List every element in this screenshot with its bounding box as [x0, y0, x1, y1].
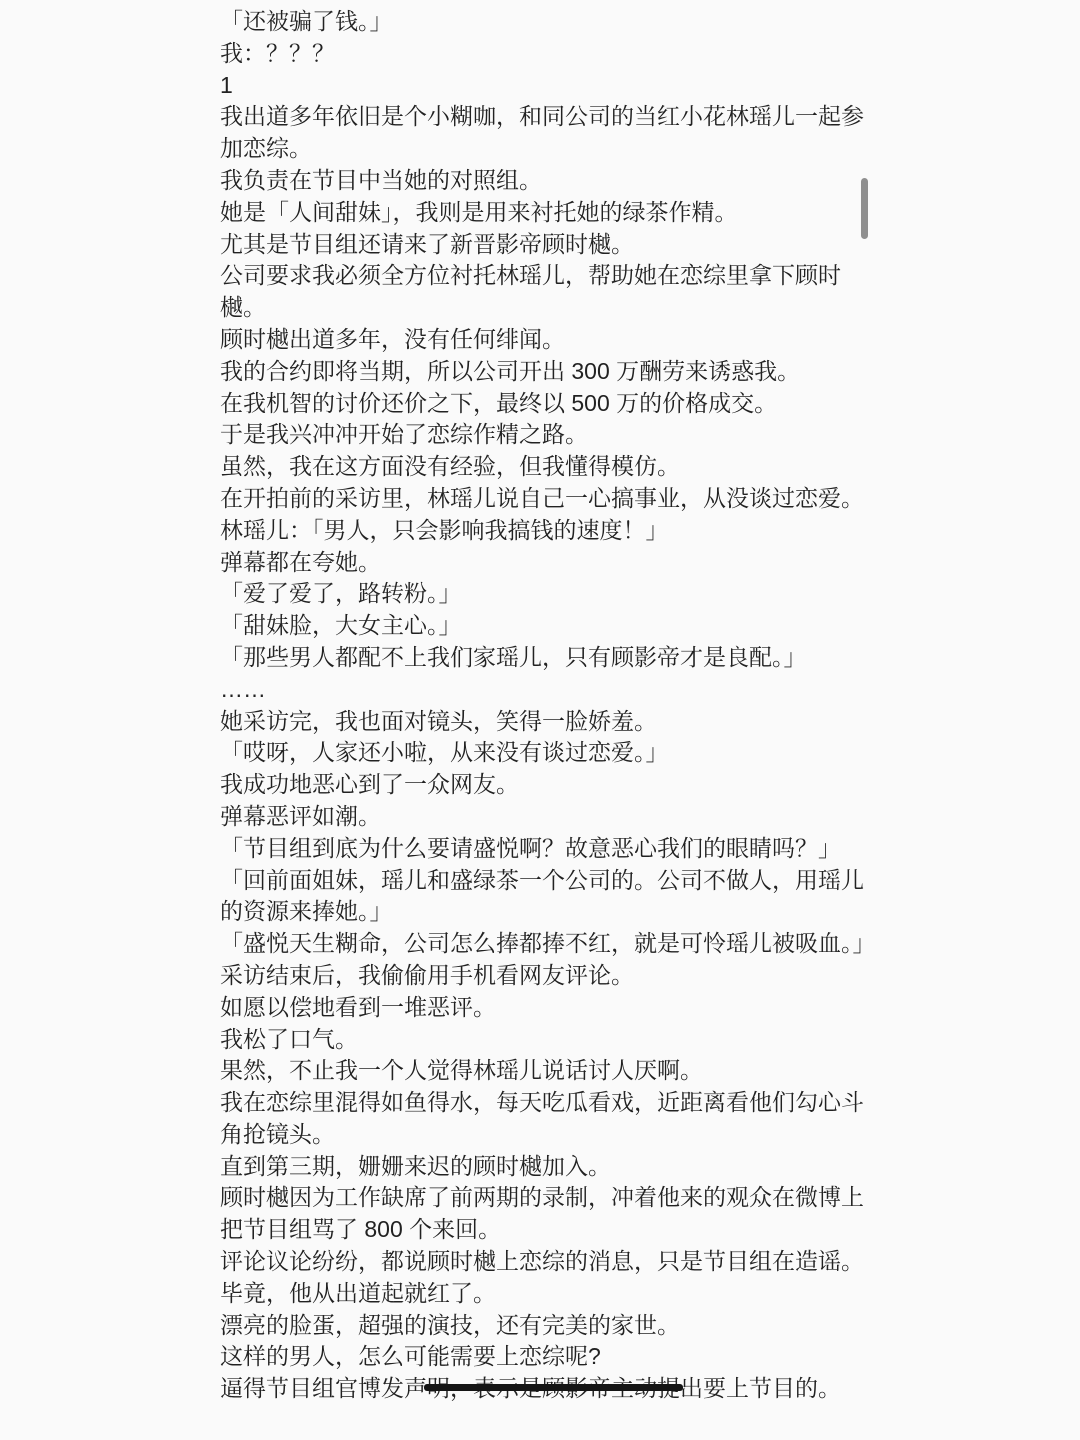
text-segment: 我的合约即将当期，所以公司开出 300 万酬劳来诱惑我。 — [220, 358, 800, 384]
paragraph: 「哎呀，人家还小啦，从来没有谈过恋爱。」 — [220, 737, 872, 769]
text-segment: 如愿以偿地看到一堆恶评。 — [220, 994, 496, 1020]
paragraph: 评论议论纷纷，都说顾时樾上恋综的消息，只是节目组在造谣。 — [220, 1246, 872, 1278]
text-segment: 逼得节目组官博发声 — [220, 1375, 427, 1401]
text-segment: 「甜妹脸，大女主心。」 — [220, 612, 462, 638]
text-segment: 「回前面姐妹，瑶儿和盛绿茶一个公司的。公司不做人，用瑶儿的资源来捧她。」 — [220, 867, 864, 925]
text-segment: 在我机智的讨价还价之下，最终以 500 万的价格成交。 — [220, 390, 777, 416]
text-segment: 果然，不止我一个人觉得林瑶儿说话讨人厌啊。 — [220, 1057, 703, 1083]
paragraph: 1 — [220, 70, 872, 102]
paragraph: 「还被骗了钱。」 — [220, 6, 872, 38]
paragraph: 直到第三期，姗姗来迟的顾时樾加入。 — [220, 1151, 872, 1183]
paragraph: 「那些男人都配不上我们家瑶儿，只有顾影帝才是良配。」 — [220, 642, 872, 674]
paragraph: 我：？？？ — [220, 38, 872, 70]
text-segment: 弹幕恶评如潮。 — [220, 803, 381, 829]
paragraph: 如愿以偿地看到一堆恶评。 — [220, 992, 872, 1024]
paragraph: …… — [220, 674, 872, 706]
reader-page: 「还被骗了钱。」我：？？？1我出道多年依旧是个小糊咖，和同公司的当红小花林瑶儿一… — [0, 0, 1080, 1440]
text-segment: 我出道多年依旧是个小糊咖，和同公司的当红小花林瑶儿一起参加恋综。 — [220, 103, 864, 161]
text-segment: 「盛悦天生糊命，公司怎么捧都捧不红，就是可怜瑶儿被吸血。」 — [220, 930, 876, 956]
paragraph: 漂亮的脸蛋，超强的演技，还有完美的家世。 — [220, 1310, 872, 1342]
paragraph: 我松了口气。 — [220, 1024, 872, 1056]
text-segment: 顾时樾因为工作缺席了前两期的录制，冲着他来的观众在微博上把节目组骂了 800 个… — [220, 1184, 864, 1242]
text-segment: 我成功地恶心到了一众网友。 — [220, 771, 519, 797]
scrollbar-thumb[interactable] — [861, 178, 868, 239]
text-segment: 我负责在节目中当她的对照组。 — [220, 167, 542, 193]
paragraph: 毕竟，他从出道起就红了。 — [220, 1278, 872, 1310]
text-segment: 「还被骗了钱。」 — [220, 8, 393, 34]
paragraph: 采访结束后，我偷偷用手机看网友评论。 — [220, 960, 872, 992]
paragraph: 我出道多年依旧是个小糊咖，和同公司的当红小花林瑶儿一起参加恋综。 — [220, 101, 872, 165]
text-segment: 在开拍前的采访里，林瑶儿说自己一心搞事业，从没谈过恋爱。 — [220, 485, 864, 511]
paragraph: 我在恋综里混得如鱼得水，每天吃瓜看戏，近距离看他们勾心斗角抢镜头。 — [220, 1087, 872, 1151]
novel-text: 「还被骗了钱。」我：？？？1我出道多年依旧是个小糊咖，和同公司的当红小花林瑶儿一… — [220, 6, 872, 1405]
paragraph: 我的合约即将当期，所以公司开出 300 万酬劳来诱惑我。 — [220, 356, 872, 388]
paragraph: 尤其是节目组还请来了新晋影帝顾时樾。 — [220, 229, 872, 261]
text-segment: 我在恋综里混得如鱼得水，每天吃瓜看戏，近距离看他们勾心斗角抢镜头。 — [220, 1089, 864, 1147]
text-segment: 我：？？？ — [220, 40, 335, 66]
text-segment: 1 — [220, 72, 233, 98]
text-segment: 林瑶儿：「男人，只会影响我搞钱的速度！」 — [220, 517, 669, 543]
text-segment: 虽然，我在这方面没有经验，但我懂得模仿。 — [220, 453, 680, 479]
text-segment: 评论议论纷纷，都说顾时樾上恋综的消息，只是节目组在造谣。 — [220, 1248, 864, 1274]
paragraph: 「甜妹脸，大女主心。」 — [220, 610, 872, 642]
paragraph: 果然，不止我一个人觉得林瑶儿说话讨人厌啊。 — [220, 1055, 872, 1087]
text-segment: 尤其是节目组还请来了新晋影帝顾时樾。 — [220, 231, 634, 257]
paragraph: 在开拍前的采访里，林瑶儿说自己一心搞事业，从没谈过恋爱。 — [220, 483, 872, 515]
text-segment: 她采访完，我也面对镜头，笑得一脸娇羞。 — [220, 708, 657, 734]
text-segment: 顾时樾出道多年，没有任何绯闻。 — [220, 326, 565, 352]
text-segment: 「爱了爱了，路转粉。」 — [220, 580, 462, 606]
paragraph: 她采访完，我也面对镜头，笑得一脸娇羞。 — [220, 706, 872, 738]
paragraph: 「盛悦天生糊命，公司怎么捧都捧不红，就是可怜瑶儿被吸血。」 — [220, 928, 872, 960]
struck-out-text: 明，表示是顾影帝主动提 — [427, 1375, 680, 1401]
text-segment: 「那些男人都配不上我们家瑶儿，只有顾影帝才是良配。」 — [220, 644, 807, 670]
paragraph: 她是「人间甜妹」，我则是用来衬托她的绿茶作精。 — [220, 197, 872, 229]
text-segment: …… — [220, 676, 266, 702]
text-segment: 我松了口气。 — [220, 1026, 358, 1052]
paragraph: 「爱了爱了，路转粉。」 — [220, 578, 872, 610]
text-segment: 弹幕都在夸她。 — [220, 549, 381, 575]
text-segment: 毕竟，他从出道起就红了。 — [220, 1280, 496, 1306]
text-segment: 出要上节目的。 — [680, 1375, 841, 1401]
text-segment: 公司要求我必须全方位衬托林瑶儿，帮助她在恋综里拿下顾时樾。 — [220, 262, 841, 320]
text-segment: 「节目组到底为什么要请盛悦啊？故意恶心我们的眼睛吗？」 — [220, 835, 841, 861]
paragraph: 虽然，我在这方面没有经验，但我懂得模仿。 — [220, 451, 872, 483]
text-segment: 采访结束后，我偷偷用手机看网友评论。 — [220, 962, 634, 988]
paragraph: 我负责在节目中当她的对照组。 — [220, 165, 872, 197]
paragraph: 顾时樾因为工作缺席了前两期的录制，冲着他来的观众在微博上把节目组骂了 800 个… — [220, 1182, 872, 1246]
text-segment: 直到第三期，姗姗来迟的顾时樾加入。 — [220, 1153, 611, 1179]
paragraph: 公司要求我必须全方位衬托林瑶儿，帮助她在恋综里拿下顾时樾。 — [220, 260, 872, 324]
text-segment: 于是我兴冲冲开始了恋综作精之路。 — [220, 421, 588, 447]
text-segment: 漂亮的脸蛋，超强的演技，还有完美的家世。 — [220, 1312, 680, 1338]
paragraph: 逼得节目组官博发声明，表示是顾影帝主动提出要上节目的。 — [220, 1373, 872, 1405]
paragraph: 这样的男人，怎么可能需要上恋综呢? — [220, 1341, 872, 1373]
paragraph: 「节目组到底为什么要请盛悦啊？故意恶心我们的眼睛吗？」 — [220, 833, 872, 865]
paragraph: 顾时樾出道多年，没有任何绯闻。 — [220, 324, 872, 356]
text-segment: 「哎呀，人家还小啦，从来没有谈过恋爱。」 — [220, 739, 669, 765]
text-segment: 这样的男人，怎么可能需要上恋综呢? — [220, 1343, 601, 1369]
paragraph: 于是我兴冲冲开始了恋综作精之路。 — [220, 419, 872, 451]
paragraph: 林瑶儿：「男人，只会影响我搞钱的速度！」 — [220, 515, 872, 547]
text-segment: 她是「人间甜妹」，我则是用来衬托她的绿茶作精。 — [220, 199, 738, 225]
paragraph: 弹幕恶评如潮。 — [220, 801, 872, 833]
paragraph: 我成功地恶心到了一众网友。 — [220, 769, 872, 801]
paragraph: 「回前面姐妹，瑶儿和盛绿茶一个公司的。公司不做人，用瑶儿的资源来捧她。」 — [220, 865, 872, 929]
paragraph: 在我机智的讨价还价之下，最终以 500 万的价格成交。 — [220, 388, 872, 420]
paragraph: 弹幕都在夸她。 — [220, 547, 872, 579]
